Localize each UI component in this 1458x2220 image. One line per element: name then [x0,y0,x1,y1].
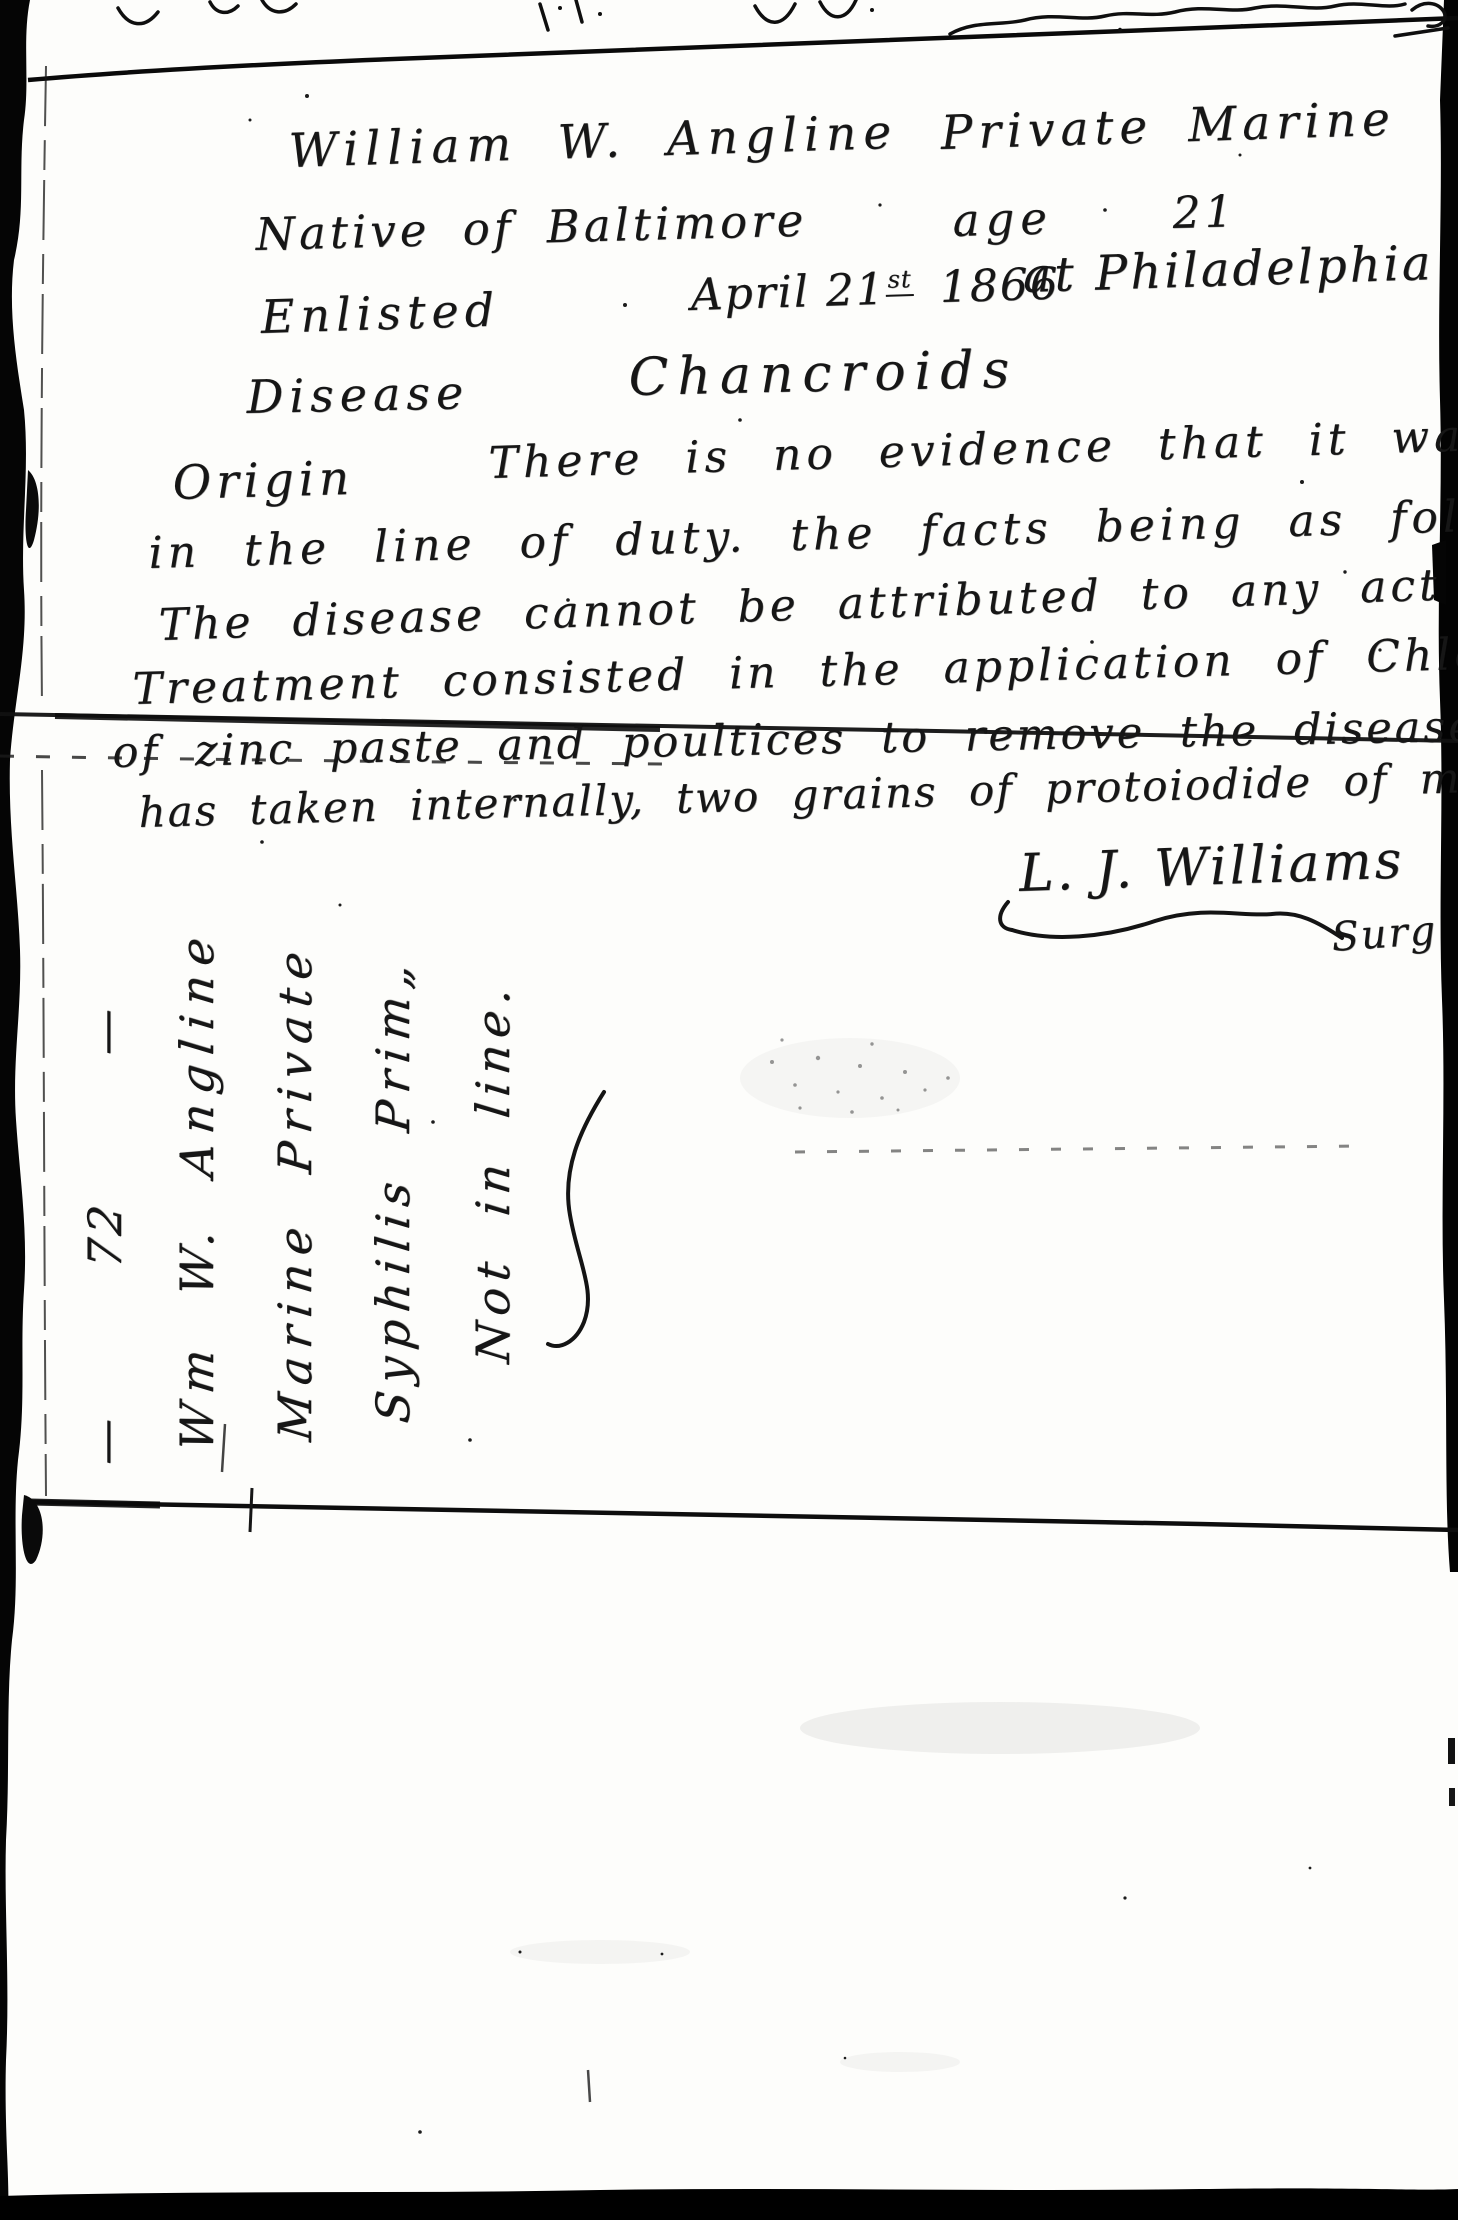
left-edge-blob-upper [25,470,38,548]
origin-text-line-1: There is no evidence that it wa [488,413,1458,489]
dotted-marks-row [795,1146,1362,1152]
origin-label: Origin [172,453,355,510]
enlisted-date-suffix: st [885,265,914,297]
disease-label: Disease [246,367,470,422]
disease-value: Chancroids [628,342,1019,407]
scanned-document-page: William W. Angline Private Marine Native… [0,0,1458,2220]
age-label: age [952,193,1054,245]
bottom-scan-bar [0,2188,1458,2220]
endorsement-name: Wm W. Angline [172,925,223,1453]
endorsement-diagnosis: Syphilis Prim„ [368,954,419,1425]
patient-name: William W. Angline [288,107,899,178]
enlisted-date-day: April 21 [690,264,887,321]
enlisted-date: April 21st1866 [690,260,1061,320]
left-vertical-crease [41,66,46,1496]
right-edge-mark-2 [1449,1788,1455,1806]
endorsement-rank: Marine Private [270,941,321,1444]
left-torn-edge [0,0,30,2220]
top-page-edge-line [28,18,1458,80]
patient-rank: Private Marine [940,94,1396,160]
native-of-line: Native of Baltimore [255,196,808,260]
enlisted-place: at Philadelphia [1022,237,1434,303]
age-value: 21 [1172,188,1237,238]
fold-tick-1 [250,1488,252,1532]
enlisted-label: Enlisted [260,284,501,342]
surgeon-title: Surg [1330,909,1439,960]
endorsement-flourish [548,1092,604,1346]
right-edge-mark-1 [1448,1738,1455,1764]
endorsement-origin-note: Not in line. [468,979,519,1365]
fold-crease-lower-thick [30,1502,160,1505]
top-cutoff-writing-fragments [118,0,1448,36]
fold-crease-lower [30,1502,1458,1530]
smudge-patches [510,1038,1200,2072]
signature-flourish [1000,902,1342,938]
left-edge-blob-lower [22,1495,43,1564]
surgeon-signature: L. J. Williams [1018,833,1405,904]
endorsement-case-number: — 72 — [80,1002,131,1467]
